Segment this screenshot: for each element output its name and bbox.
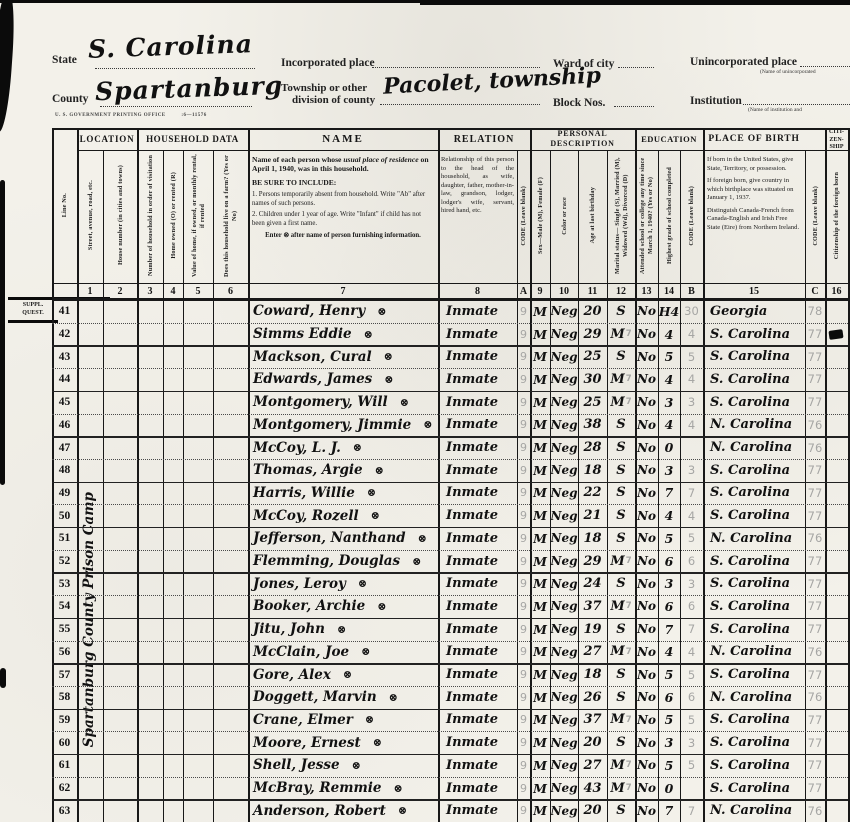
row-code-birthplace: 77	[805, 550, 825, 573]
census-sheet-scan: State S. Carolina Incorporated place War…	[0, 0, 850, 822]
row-name: Moore, Ernest⊗	[248, 731, 443, 754]
row-highest-grade: 0	[658, 436, 680, 459]
suppl-line2: QUEST.	[12, 310, 54, 318]
row-marital: S	[607, 527, 635, 550]
row-name: Shell, Jesse⊗	[248, 754, 443, 777]
row-relation: Inmate	[438, 709, 525, 732]
row-age: 22	[578, 482, 607, 505]
row-relation: Inmate	[438, 641, 525, 664]
row-marital: S	[607, 686, 635, 709]
row-birthplace: N. Carolina	[703, 527, 812, 550]
row-birthplace: S. Carolina	[703, 595, 812, 618]
row-code-birthplace: 76	[805, 686, 825, 709]
row-relation: Inmate	[438, 550, 525, 573]
row-name: Harris, Willie⊗	[248, 482, 443, 505]
row-code-relation: 9	[517, 663, 530, 686]
row-race: Neg	[550, 572, 578, 595]
row-marital: S	[607, 482, 635, 505]
row-attended-school: No	[635, 414, 658, 437]
row-name: McCoy, Rozell⊗	[248, 504, 443, 527]
row-code-grade: 5	[680, 754, 703, 777]
row-age: 37	[578, 595, 607, 618]
scan-edge-top-right	[420, 3, 850, 5]
row-age: 30	[578, 368, 607, 391]
row-name-text: McBray, Remmie	[253, 780, 381, 796]
row-highest-grade: 4	[658, 323, 680, 346]
row-relation: Inmate	[438, 731, 525, 754]
row-highest-grade: H4	[658, 300, 680, 323]
col-number-cC: C	[805, 283, 825, 300]
row-code-birthplace: 77	[805, 391, 825, 414]
row-sex: M	[530, 414, 550, 437]
row-age: 21	[578, 504, 607, 527]
informant-mark: ⊗	[337, 623, 346, 636]
row-race: Neg	[550, 731, 578, 754]
row-attended-school: No	[635, 482, 658, 505]
row-attended-school: No	[635, 550, 658, 573]
row-code-birthplace: 77	[805, 663, 825, 686]
row-line-number: 42	[52, 323, 77, 346]
row-relation: Inmate	[438, 777, 525, 800]
group-household-data: HOUSEHOLD DATA	[137, 129, 248, 149]
name-instr-besure: BE SURE TO INCLUDE:	[252, 178, 434, 187]
col-header-c5: Value of home, if owned, or monthly rent…	[184, 153, 213, 278]
informant-mark: ⊗	[353, 441, 362, 454]
row-race: Neg	[550, 754, 578, 777]
row-name: Jitu, John⊗	[248, 618, 443, 641]
row-age: 26	[578, 686, 607, 709]
row-sex: M	[530, 300, 550, 323]
col-header-c14: Highest grade of school completed	[659, 153, 680, 278]
row-name-text: Jones, Leroy	[253, 576, 346, 592]
row-birthplace: S. Carolina	[703, 345, 812, 368]
row-name-text: Flemming, Douglas	[253, 553, 400, 569]
col-header-text-c5: Value of home, if owned, or monthly rent…	[191, 153, 207, 278]
group-place-of-birth: PLACE OF BIRTH	[703, 129, 805, 149]
row-relation: Inmate	[438, 368, 525, 391]
row-code-birthplace: 77	[805, 572, 825, 595]
row-race: Neg	[550, 618, 578, 641]
row-name: Gore, Alex⊗	[248, 663, 443, 686]
row-attended-school: No	[635, 504, 658, 527]
row-name-text: Coward, Henry	[253, 303, 365, 319]
row-sex: M	[530, 482, 550, 505]
row-marital-text: M	[610, 554, 624, 569]
row-line-number: 58	[52, 686, 77, 709]
row-marital-text: M	[610, 781, 624, 796]
col-number-lineno	[52, 283, 77, 300]
row-code-relation: 9	[517, 300, 530, 323]
row-relation: Inmate	[438, 504, 525, 527]
row-code-relation: 9	[517, 550, 530, 573]
row-race: Neg	[550, 414, 578, 437]
row-name: McClain, Joe⊗	[248, 641, 443, 664]
row-birthplace: S. Carolina	[703, 731, 812, 754]
row-sex: M	[530, 799, 550, 822]
row-marital-text: S	[616, 417, 625, 432]
row-relation: Inmate	[438, 799, 525, 822]
col-header-text-c13: Attended school or college any time sinc…	[639, 153, 655, 278]
row-marital: M7	[607, 709, 635, 732]
row-code-relation: 9	[517, 572, 530, 595]
row-name: Booker, Archie⊗	[248, 595, 443, 618]
row-marital-text: S	[616, 576, 625, 591]
row-marital-text: S	[616, 304, 625, 319]
row-code-relation: 9	[517, 777, 530, 800]
state-label: State	[52, 54, 77, 66]
row-name: Jones, Leroy⊗	[248, 572, 443, 595]
col-number-c9: 9	[530, 283, 550, 300]
row-name: Mackson, Cural⊗	[248, 345, 443, 368]
col-header-text-cA: CODE (Leave blank)	[520, 186, 528, 246]
col-number-c3: 3	[137, 283, 163, 300]
row-name: Flemming, Douglas⊗	[248, 550, 443, 573]
row-relation: Inmate	[438, 345, 525, 368]
group-citizenship-line1: CITI-	[825, 129, 848, 137]
row-highest-grade: 7	[658, 482, 680, 505]
state-rule	[95, 67, 255, 69]
row-code-grade: 7	[680, 799, 703, 822]
row-marital-code: 7	[626, 760, 632, 770]
row-marital: S	[607, 799, 635, 822]
row-age: 20	[578, 799, 607, 822]
row-highest-grade: 5	[658, 663, 680, 686]
row-age: 28	[578, 436, 607, 459]
row-code-relation: 9	[517, 595, 530, 618]
row-name: McCoy, L. J.⊗	[248, 436, 443, 459]
row-marital: S	[607, 300, 635, 323]
row-code-relation: 9	[517, 709, 530, 732]
col-header-text-c16: Citizenship of the foreign born	[833, 172, 841, 259]
row-sex: M	[530, 572, 550, 595]
row-relation: Inmate	[438, 618, 525, 641]
row-attended-school: No	[635, 731, 658, 754]
row-age: 27	[578, 754, 607, 777]
col-number-c8: 8	[438, 283, 517, 300]
row-code-relation: 9	[517, 754, 530, 777]
institution-label: Institution	[690, 95, 742, 107]
row-birthplace: S. Carolina	[703, 663, 812, 686]
row-line-number: 43	[52, 345, 77, 368]
col-header-c2: House number (in cities and towns)	[104, 153, 137, 278]
name-instr-intro1: Name of each person whose	[252, 155, 343, 164]
row-age: 25	[578, 391, 607, 414]
col-number-c12: 12	[607, 283, 635, 300]
row-name: Doggett, Marvin⊗	[248, 686, 443, 709]
row-code-birthplace: 77	[805, 709, 825, 732]
institution-rule	[743, 103, 850, 105]
row-highest-grade: 5	[658, 527, 680, 550]
row-code-grade: 6	[680, 595, 703, 618]
row-birthplace: S. Carolina	[703, 709, 812, 732]
row-code-grade: 3	[680, 459, 703, 482]
row-marital: S	[607, 459, 635, 482]
row-name-text: Harris, Willie	[253, 485, 355, 501]
row-highest-grade: 6	[658, 550, 680, 573]
row-age: 19	[578, 618, 607, 641]
row-sex: M	[530, 527, 550, 550]
row-marital-code: 7	[626, 647, 632, 657]
row-code-birthplace: 77	[805, 731, 825, 754]
row-marital-text: S	[616, 440, 625, 455]
group-personal-description: PERSONAL DESCRIPTION	[530, 129, 635, 150]
row-race: Neg	[550, 323, 578, 346]
row-marital-text: S	[616, 508, 625, 523]
row-relation: Inmate	[438, 527, 525, 550]
row-marital: M7	[607, 777, 635, 800]
row-age: 20	[578, 731, 607, 754]
informant-mark: ⊗	[365, 713, 374, 726]
col-header-c12: Marital status— Single (S), Married (M),…	[608, 153, 635, 278]
group-personal-line2: DESCRIPTION	[530, 139, 635, 149]
col-number-c11: 11	[578, 283, 607, 300]
row-race: Neg	[550, 777, 578, 800]
row-attended-school: No	[635, 754, 658, 777]
informant-mark: ⊗	[418, 532, 427, 545]
row-sex: M	[530, 504, 550, 527]
incorporated-place-label: Incorporated place	[281, 57, 375, 69]
row-relation: Inmate	[438, 663, 525, 686]
row-attended-school: No	[635, 345, 658, 368]
group-personal-line1: PERSONAL	[530, 129, 635, 139]
row-highest-grade: 3	[658, 391, 680, 414]
row-line-number: 61	[52, 754, 77, 777]
row-attended-school: No	[635, 459, 658, 482]
row-code-grade: 30	[680, 300, 703, 323]
row-race: Neg	[550, 504, 578, 527]
row-race: Neg	[550, 686, 578, 709]
col-header-text-c11: Age at last birthday	[589, 187, 597, 243]
unincorporated-rule	[800, 65, 850, 67]
row-sex: M	[530, 663, 550, 686]
row-marital: S	[607, 663, 635, 686]
row-marital-text: S	[616, 463, 625, 478]
row-code-birthplace: 77	[805, 368, 825, 391]
row-birthplace: S. Carolina	[703, 777, 812, 800]
row-race: Neg	[550, 550, 578, 573]
row-line-number: 53	[52, 572, 77, 595]
row-marital: M7	[607, 754, 635, 777]
col-header-c11: Age at last birthday	[579, 153, 607, 278]
row-name: Thomas, Argie⊗	[248, 459, 443, 482]
row-highest-grade: 3	[658, 731, 680, 754]
row-code-relation: 9	[517, 436, 530, 459]
row-line-number: 52	[52, 550, 77, 573]
row-code-grade: 4	[680, 414, 703, 437]
col-header-text-c9: Sex—Male (M), Female (F)	[537, 177, 545, 254]
row-relation: Inmate	[438, 686, 525, 709]
row-name-text: McCoy, L. J.	[253, 440, 341, 456]
row-birthplace: N. Carolina	[703, 641, 812, 664]
row-relation: Inmate	[438, 754, 525, 777]
informant-mark: ⊗	[375, 464, 384, 477]
group-citizenship-line2: ZEN-	[825, 137, 848, 145]
row-code-grade	[680, 777, 703, 800]
row-code-relation: 9	[517, 799, 530, 822]
row-name-text: Jitu, John	[253, 621, 325, 637]
col-header-text-cB: CODE (Leave blank)	[688, 186, 696, 246]
row-code-relation: 9	[517, 482, 530, 505]
informant-mark: ⊗	[398, 804, 407, 817]
row-name-text: Thomas, Argie	[253, 462, 363, 478]
row-code-grade: 3	[680, 572, 703, 595]
name-instr-enter-post: after name of person furnishing informat…	[289, 232, 421, 239]
row-marital-code: 7	[626, 374, 632, 384]
row-code-relation: 9	[517, 641, 530, 664]
row-line-number: 60	[52, 731, 77, 754]
township-rule	[380, 103, 540, 105]
row-race: Neg	[550, 595, 578, 618]
row-birthplace: S. Carolina	[703, 323, 812, 346]
row-code-grade: 6	[680, 550, 703, 573]
row-code-grade: 4	[680, 641, 703, 664]
row-birthplace: S. Carolina	[703, 618, 812, 641]
row-highest-grade: 5	[658, 345, 680, 368]
row-code-birthplace: 76	[805, 436, 825, 459]
row-marital-code: 7	[626, 329, 632, 339]
row-line-number: 63	[52, 799, 77, 822]
row-code-birthplace: 77	[805, 618, 825, 641]
informant-mark: ⊗	[377, 305, 386, 318]
row-name-text: Crane, Elmer	[253, 712, 353, 728]
row-marital-text: S	[616, 667, 625, 682]
row-name: Montgomery, Will⊗	[248, 391, 443, 414]
row-attended-school: No	[635, 436, 658, 459]
row-name-text: McClain, Joe	[253, 644, 349, 660]
row-name: Crane, Elmer⊗	[248, 709, 443, 732]
row-highest-grade: 0	[658, 777, 680, 800]
row-code-birthplace: 77	[805, 504, 825, 527]
row-relation: Inmate	[438, 414, 525, 437]
row-name-text: Edwards, James	[253, 371, 372, 387]
row-code-relation: 9	[517, 504, 530, 527]
row-code-grade: 3	[680, 731, 703, 754]
row-attended-school: No	[635, 618, 658, 641]
row-birthplace: S. Carolina	[703, 368, 812, 391]
row-marital: S	[607, 436, 635, 459]
col-header-c9: Sex—Male (M), Female (F)	[531, 153, 550, 278]
informant-mark: ⊗	[389, 691, 398, 704]
row-sex: M	[530, 459, 550, 482]
row-marital-code: 7	[626, 556, 632, 566]
row-marital: S	[607, 572, 635, 595]
row-attended-school: No	[635, 368, 658, 391]
row-marital-text: M	[610, 372, 624, 387]
row-code-relation: 9	[517, 391, 530, 414]
group-location: LOCATION	[77, 129, 137, 149]
row-name-text: Montgomery, Will	[253, 394, 388, 410]
row-birthplace: S. Carolina	[703, 754, 812, 777]
row-birthplace: S. Carolina	[703, 572, 812, 595]
row-marital-code: 7	[626, 715, 632, 725]
row-race: Neg	[550, 368, 578, 391]
row-relation: Inmate	[438, 391, 525, 414]
row-attended-school: No	[635, 663, 658, 686]
row-age: 27	[578, 641, 607, 664]
row-code-birthplace: 77	[805, 754, 825, 777]
row-code-birthplace: 76	[805, 414, 825, 437]
row-sex: M	[530, 754, 550, 777]
row-marital-text: S	[616, 690, 625, 705]
row-marital: M7	[607, 595, 635, 618]
row-age: 18	[578, 527, 607, 550]
pob-instr-p3: Distinguish Canada-French from Canada-En…	[707, 207, 801, 233]
col-header-c4: Home owned (O) or rented (R)	[164, 153, 183, 278]
col-header-c10: Color or race	[551, 153, 578, 278]
row-name: Anderson, Robert⊗	[248, 799, 443, 822]
row-attended-school: No	[635, 391, 658, 414]
row-line-number: 50	[52, 504, 77, 527]
row-highest-grade: 4	[658, 504, 680, 527]
scan-mark-right	[828, 329, 843, 340]
row-sex: M	[530, 641, 550, 664]
row-line-number: 48	[52, 459, 77, 482]
row-code-grade: 4	[680, 323, 703, 346]
row-name-text: Simms Eddie	[253, 326, 352, 342]
informant-mark: ⊗	[400, 396, 409, 409]
row-sex: M	[530, 436, 550, 459]
informant-mark: ⊗	[377, 600, 386, 613]
row-name-text: Shell, Jesse	[253, 757, 340, 773]
row-name-text: Jefferson, Nanthand	[253, 530, 406, 546]
row-code-birthplace: 77	[805, 345, 825, 368]
row-line-number: 62	[52, 777, 77, 800]
row-sex: M	[530, 777, 550, 800]
col-number-c1: 1	[77, 283, 103, 300]
row-marital-text: S	[616, 735, 625, 750]
row-marital-code: 7	[626, 783, 632, 793]
row-name-text: Gore, Alex	[253, 667, 331, 683]
col-header-lineno: Line No.	[53, 132, 77, 278]
col-header-text-c6: Does this household live on a farm? (Yes…	[223, 153, 239, 278]
col-number-c4: 4	[163, 283, 183, 300]
row-race: Neg	[550, 709, 578, 732]
col-number-c6: 6	[213, 283, 248, 300]
row-marital-text: M	[610, 644, 624, 659]
row-age: 29	[578, 323, 607, 346]
pob-column-instructions: If born in the United States, give State…	[707, 156, 801, 281]
row-age: 37	[578, 709, 607, 732]
row-attended-school: No	[635, 595, 658, 618]
row-line-number: 41	[52, 300, 77, 323]
row-sex: M	[530, 391, 550, 414]
relation-column-instructions: Relationship of this person to the head …	[441, 156, 514, 281]
informant-mark: ⊗	[393, 782, 402, 795]
institution-sublabel: (Name of institution and	[748, 107, 802, 113]
name-instr-item2: 2. Children under 1 year of age. Write "…	[252, 211, 434, 228]
suppl-line1: SUPPL.	[12, 302, 54, 310]
row-code-birthplace: 77	[805, 777, 825, 800]
row-marital-text: S	[616, 531, 625, 546]
informant-mark: ⊗	[343, 668, 352, 681]
row-attended-school: No	[635, 709, 658, 732]
group-relation: RELATION	[438, 129, 530, 149]
col-header-c3: Number of household in order of visitati…	[138, 153, 163, 278]
row-line-number: 45	[52, 391, 77, 414]
state-value: S. Carolina	[88, 29, 254, 64]
row-code-grade: 7	[680, 618, 703, 641]
row-line-number: 55	[52, 618, 77, 641]
row-code-grade: 5	[680, 709, 703, 732]
pob-instr-p1: If born in the United States, give State…	[707, 156, 801, 173]
township-label-1: Township or other	[281, 82, 367, 94]
row-relation: Inmate	[438, 323, 525, 346]
row-highest-grade: 3	[658, 459, 680, 482]
row-code-grade: 3	[680, 391, 703, 414]
row-age: 20	[578, 300, 607, 323]
suppl-bar-bottom	[8, 320, 58, 323]
row-code-grade: 5	[680, 527, 703, 550]
